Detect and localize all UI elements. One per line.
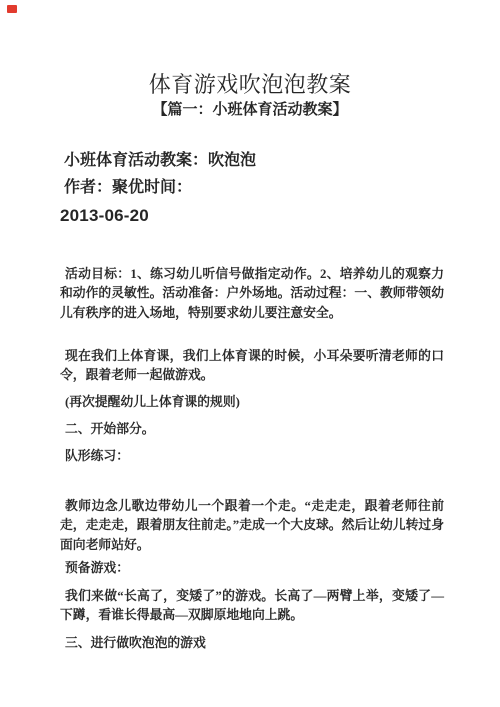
paragraph-prep-game-label: 预备游戏： — [60, 559, 444, 579]
paragraph-grow-tall-game: 我们来做“长高了，变矮了”的游戏。长高了—两臂上举，变矮了—下蹲，看谁长得最高—… — [60, 587, 444, 626]
paragraph-section-three: 三、进行做吹泡泡的游戏 — [60, 634, 444, 654]
author-line: 作者：聚优时间： — [64, 178, 192, 198]
document-title: 体育游戏吹泡泡教案 — [0, 70, 500, 100]
paragraph-reminder-note: (再次提醒幼儿上体育课的规则) — [60, 393, 444, 413]
publish-date: 2013-06-20 — [60, 206, 149, 226]
paragraph-activity-goals: 活动目标：1、练习幼儿听信号做指定动作。2、培养幼儿的观察力和动作的灵敏性。活动… — [60, 265, 444, 324]
document-page: 体育游戏吹泡泡教案 【篇一：小班体育活动教案】 小班体育活动教案：吹泡泡 作者：… — [0, 0, 500, 707]
paragraph-class-intro: 现在我们上体育课，我们上体育课的时候，小耳朵要听清老师的口令，跟着老师一起做游戏… — [60, 347, 444, 386]
red-corner-mark-icon — [7, 5, 17, 13]
document-subtitle: 【篇一：小班体育活动教案】 — [0, 99, 500, 121]
paragraph-teacher-rhyme: 教师边念儿歌边带幼儿一个跟着一个走。“走走走，跟着老师往前走，走走走，跟着朋友往… — [60, 497, 444, 556]
paragraph-formation-label: 队形练习： — [60, 447, 444, 467]
lesson-heading: 小班体育活动教案：吹泡泡 — [64, 151, 256, 171]
paragraph-section-two: 二、开始部分。 — [60, 420, 444, 440]
